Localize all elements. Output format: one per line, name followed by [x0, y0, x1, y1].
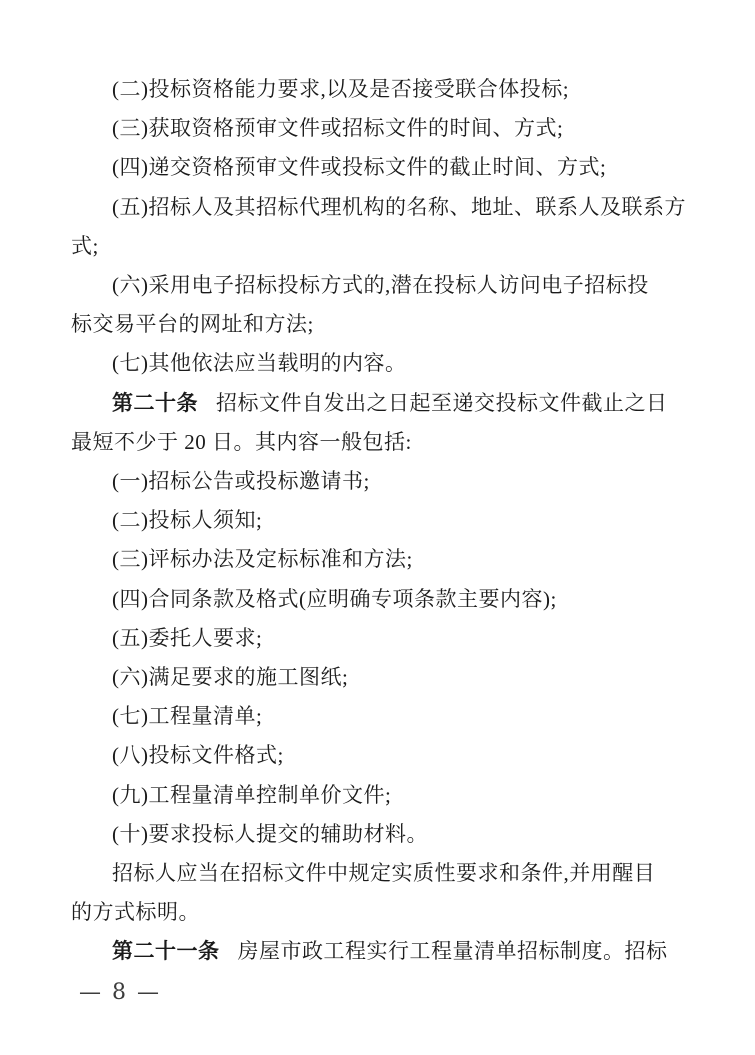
article-heading: 第二十一条 [112, 940, 220, 963]
text-line: 第二十条招标文件自发出之日起至递交投标文件截止之日 [71, 384, 689, 423]
text-line: (四)合同条款及格式(应明确专项条款主要内容); [71, 580, 689, 619]
page-number: — 8 — [79, 980, 161, 1005]
text-line: 第二十一条房屋市政工程实行工程量清单招标制度。招标 [71, 932, 689, 971]
text-run: 招标文件自发出之日起至递交投标文件截止之日 [216, 391, 668, 415]
text-line: (五)招标人及其招标代理机构的名称、地址、联系人及联系方 [71, 188, 689, 227]
text-line: 招标人应当在招标文件中规定实质性要求和条件,并用醒目 [71, 854, 689, 893]
text-line: (一)招标公告或投标邀请书; [71, 462, 689, 501]
article-heading: 第二十条 [112, 392, 198, 415]
text-line: (九)工程量清单控制单价文件; [71, 776, 689, 815]
text-line: (三)获取资格预审文件或招标文件的时间、方式; [71, 109, 689, 148]
document-text: (二)投标资格能力要求,以及是否接受联合体投标;(三)获取资格预审文件或招标文件… [71, 70, 689, 972]
text-line: (六)采用电子招标投标方式的,潜在投标人访问电子招标投 [71, 266, 689, 305]
text-run: 房屋市政工程实行工程量清单招标制度。招标 [238, 939, 668, 963]
text-line: (七)工程量清单; [71, 697, 689, 736]
text-line: 最短不少于 20 日。其内容一般包括: [71, 423, 689, 462]
text-line: (三)评标办法及定标标准和方法; [71, 540, 689, 579]
text-line: (二)投标人须知; [71, 501, 689, 540]
text-line: (七)其他依法应当载明的内容。 [71, 344, 689, 383]
text-line: (二)投标资格能力要求,以及是否接受联合体投标; [71, 70, 689, 109]
text-line: (八)投标文件格式; [71, 736, 689, 775]
text-line: 式; [71, 227, 689, 266]
text-line: (六)满足要求的施工图纸; [71, 658, 689, 697]
document-page: (二)投标资格能力要求,以及是否接受联合体投标;(三)获取资格预审文件或招标文件… [0, 0, 755, 1055]
text-line: (五)委托人要求; [71, 619, 689, 658]
text-line: (四)递交资格预审文件或投标文件的截止时间、方式; [71, 148, 689, 187]
text-line: 标交易平台的网址和方法; [71, 305, 689, 344]
text-line: (十)要求投标人提交的辅助材料。 [71, 815, 689, 854]
text-line: 的方式标明。 [71, 893, 689, 932]
